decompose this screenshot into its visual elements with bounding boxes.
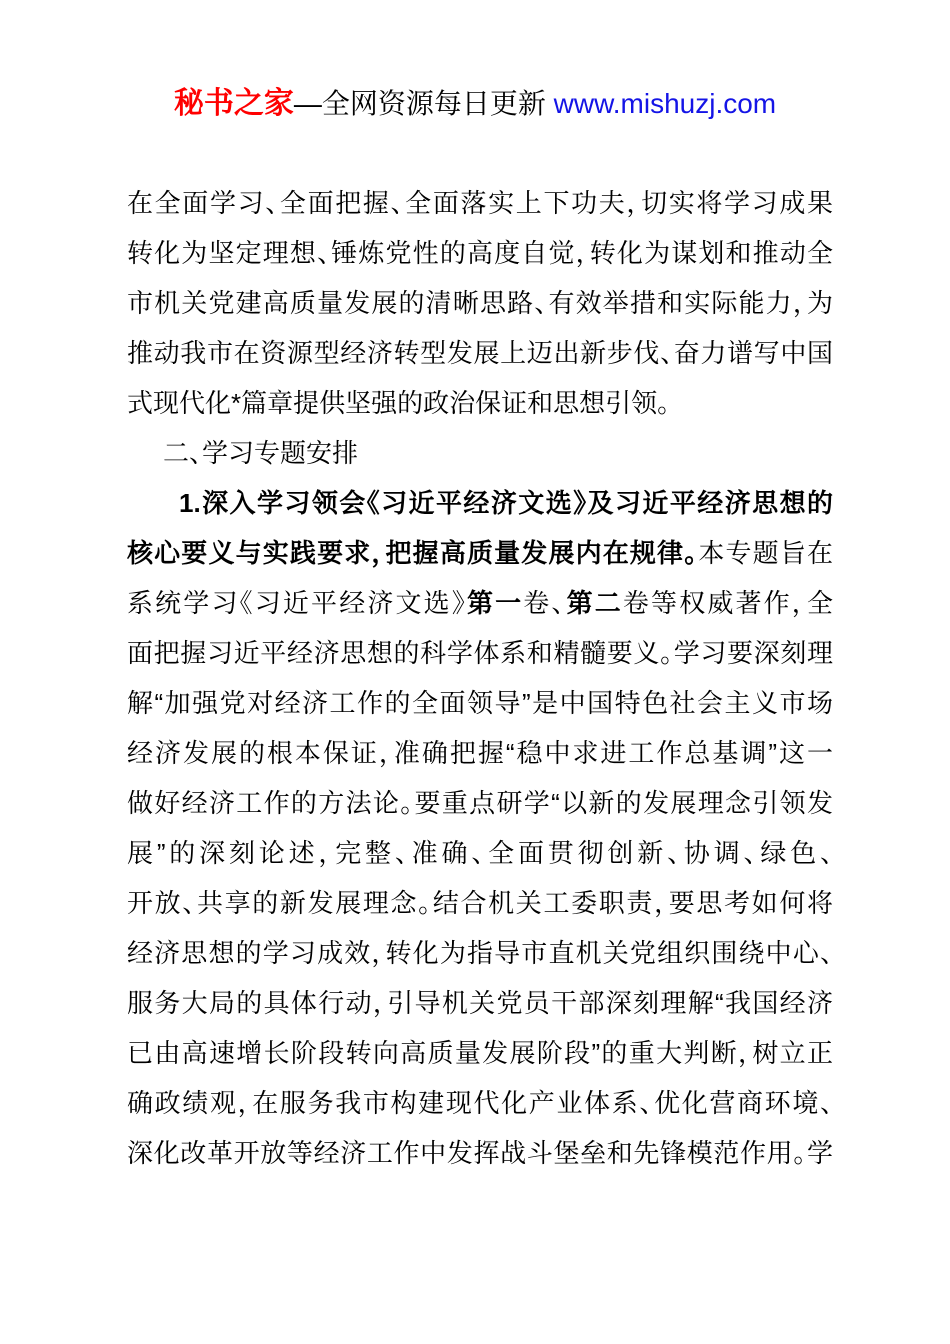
topic-1-paragraph-line: 1.深入学习领会《习近平经济文选》及习近平经济思想的 — [127, 478, 833, 528]
text-run: 推动我市在资源型经济转型发展上迈出新步伐、奋力谱写中国 — [127, 338, 833, 368]
text-run: 做好经济工作的方法论。要重点研学“以新的发展理念引领发 — [127, 788, 833, 818]
topic-1-paragraph-line: 已由高速增长阶段转向高质量发展阶段”的重大判断，树立正 — [127, 1028, 833, 1078]
intro-paragraph-line: 推动我市在资源型经济转型发展上迈出新步伐、奋力谱写中国 — [127, 328, 833, 378]
text-run: 卷、 — [523, 588, 566, 618]
text-run: 市机关党建高质量发展的清晰思路、有效举措和实际能力，为 — [127, 288, 833, 318]
topic-1-paragraph-line: 解“加强党对经济工作的全面领导”是中国特色社会主义市场 — [127, 678, 833, 728]
text-run: 确政绩观，在服务我市构建现代化产业体系、优化营商环境、 — [127, 1088, 833, 1118]
intro-paragraph-line: 市机关党建高质量发展的清晰思路、有效举措和实际能力，为 — [127, 278, 833, 328]
topic-1-paragraph-line: 深化改革开放等经济工作中发挥战斗堡垒和先锋模范作用。学 — [127, 1128, 833, 1178]
text-run: 深化改革开放等经济工作中发挥战斗堡垒和先锋模范作用。学 — [127, 1138, 833, 1168]
text-run: 服务大局的具体行动，引导机关党员干部深刻理解“我国经济 — [127, 988, 833, 1018]
site-url-link[interactable]: www.mishuzj.com — [554, 88, 776, 119]
text-run: 本专题旨在 — [698, 538, 833, 568]
text-run: 卷等权威著作，全 — [623, 588, 833, 618]
topic-1-paragraph-line: 服务大局的具体行动，引导机关党员干部深刻理解“我国经济 — [127, 978, 833, 1028]
text-run: 二、学习专题安排 — [163, 438, 358, 468]
bold-text-run: 第一 — [467, 588, 523, 618]
text-run: 解“加强党对经济工作的全面领导”是中国特色社会主义市场 — [127, 688, 833, 718]
site-brand: 秘书之家 — [174, 87, 294, 120]
bold-text-run: 第二 — [567, 588, 623, 618]
topic-1-paragraph-line: 经济思想的学习成效，转化为指导市直机关党组织围绕中心、 — [127, 928, 833, 978]
section-heading-line: 二、学习专题安排 — [127, 428, 833, 478]
intro-paragraph-line: 转化为坚定理想、锤炼党性的高度自觉，转化为谋划和推动全 — [127, 228, 833, 278]
bold-text-run: 核心要义与实践要求，把握高质量发展内在规律。 — [127, 538, 698, 568]
document-body: 在全面学习、全面把握、全面落实上下功夫，切实将学习成果转化为坚定理想、锤炼党性的… — [127, 178, 833, 1178]
topic-1-paragraph-line: 经济发展的根本保证，准确把握“稳中求进工作总基调”这一 — [127, 728, 833, 778]
topic-1-paragraph-line: 系统学习《习近平经济文选》第一卷、第二卷等权威著作，全 — [127, 578, 833, 628]
doc-header: 秘书之家—全网资源每日更新 www.mishuzj.com — [0, 84, 950, 129]
text-run: 面把握习近平经济思想的科学体系和精髓要义。学习要深刻理 — [127, 638, 833, 668]
bold-text-run: 1.深入学习领会《习近平经济文选》及习近平经济思想的 — [179, 488, 833, 518]
intro-paragraph-line: 在全面学习、全面把握、全面落实上下功夫，切实将学习成果 — [127, 178, 833, 228]
text-run: 系统学习《习近平经济文选》 — [127, 588, 467, 618]
site-tagline: —全网资源每日更新 — [294, 88, 554, 119]
topic-1-paragraph-line: 核心要义与实践要求，把握高质量发展内在规律。本专题旨在 — [127, 528, 833, 578]
text-run: 式现代化*篇章提供坚强的政治保证和思想引领。 — [127, 388, 670, 418]
intro-paragraph-line: 式现代化*篇章提供坚强的政治保证和思想引领。 — [127, 378, 833, 428]
text-run: 经济思想的学习成效，转化为指导市直机关党组织围绕中心、 — [127, 938, 833, 968]
text-run: 经济发展的根本保证，准确把握“稳中求进工作总基调”这一 — [127, 738, 833, 768]
topic-1-paragraph-line: 做好经济工作的方法论。要重点研学“以新的发展理念引领发 — [127, 778, 833, 828]
text-run: 已由高速增长阶段转向高质量发展阶段”的重大判断，树立正 — [127, 1038, 833, 1068]
text-run: 在全面学习、全面把握、全面落实上下功夫，切实将学习成果 — [127, 188, 833, 218]
topic-1-paragraph-line: 开放、共享的新发展理念。结合机关工委职责，要思考如何将 — [127, 878, 833, 928]
page: { "header": { "brand": "秘书之家", "tagline"… — [0, 0, 950, 1344]
text-run: 展”的深刻论述，完整、准确、全面贯彻创新、协调、绿色、 — [127, 838, 833, 868]
topic-1-paragraph-line: 确政绩观，在服务我市构建现代化产业体系、优化营商环境、 — [127, 1078, 833, 1128]
topic-1-paragraph-line: 展”的深刻论述，完整、准确、全面贯彻创新、协调、绿色、 — [127, 828, 833, 878]
topic-1-paragraph-line: 面把握习近平经济思想的科学体系和精髓要义。学习要深刻理 — [127, 628, 833, 678]
text-run: 开放、共享的新发展理念。结合机关工委职责，要思考如何将 — [127, 888, 833, 918]
text-run: 转化为坚定理想、锤炼党性的高度自觉，转化为谋划和推动全 — [127, 238, 833, 268]
